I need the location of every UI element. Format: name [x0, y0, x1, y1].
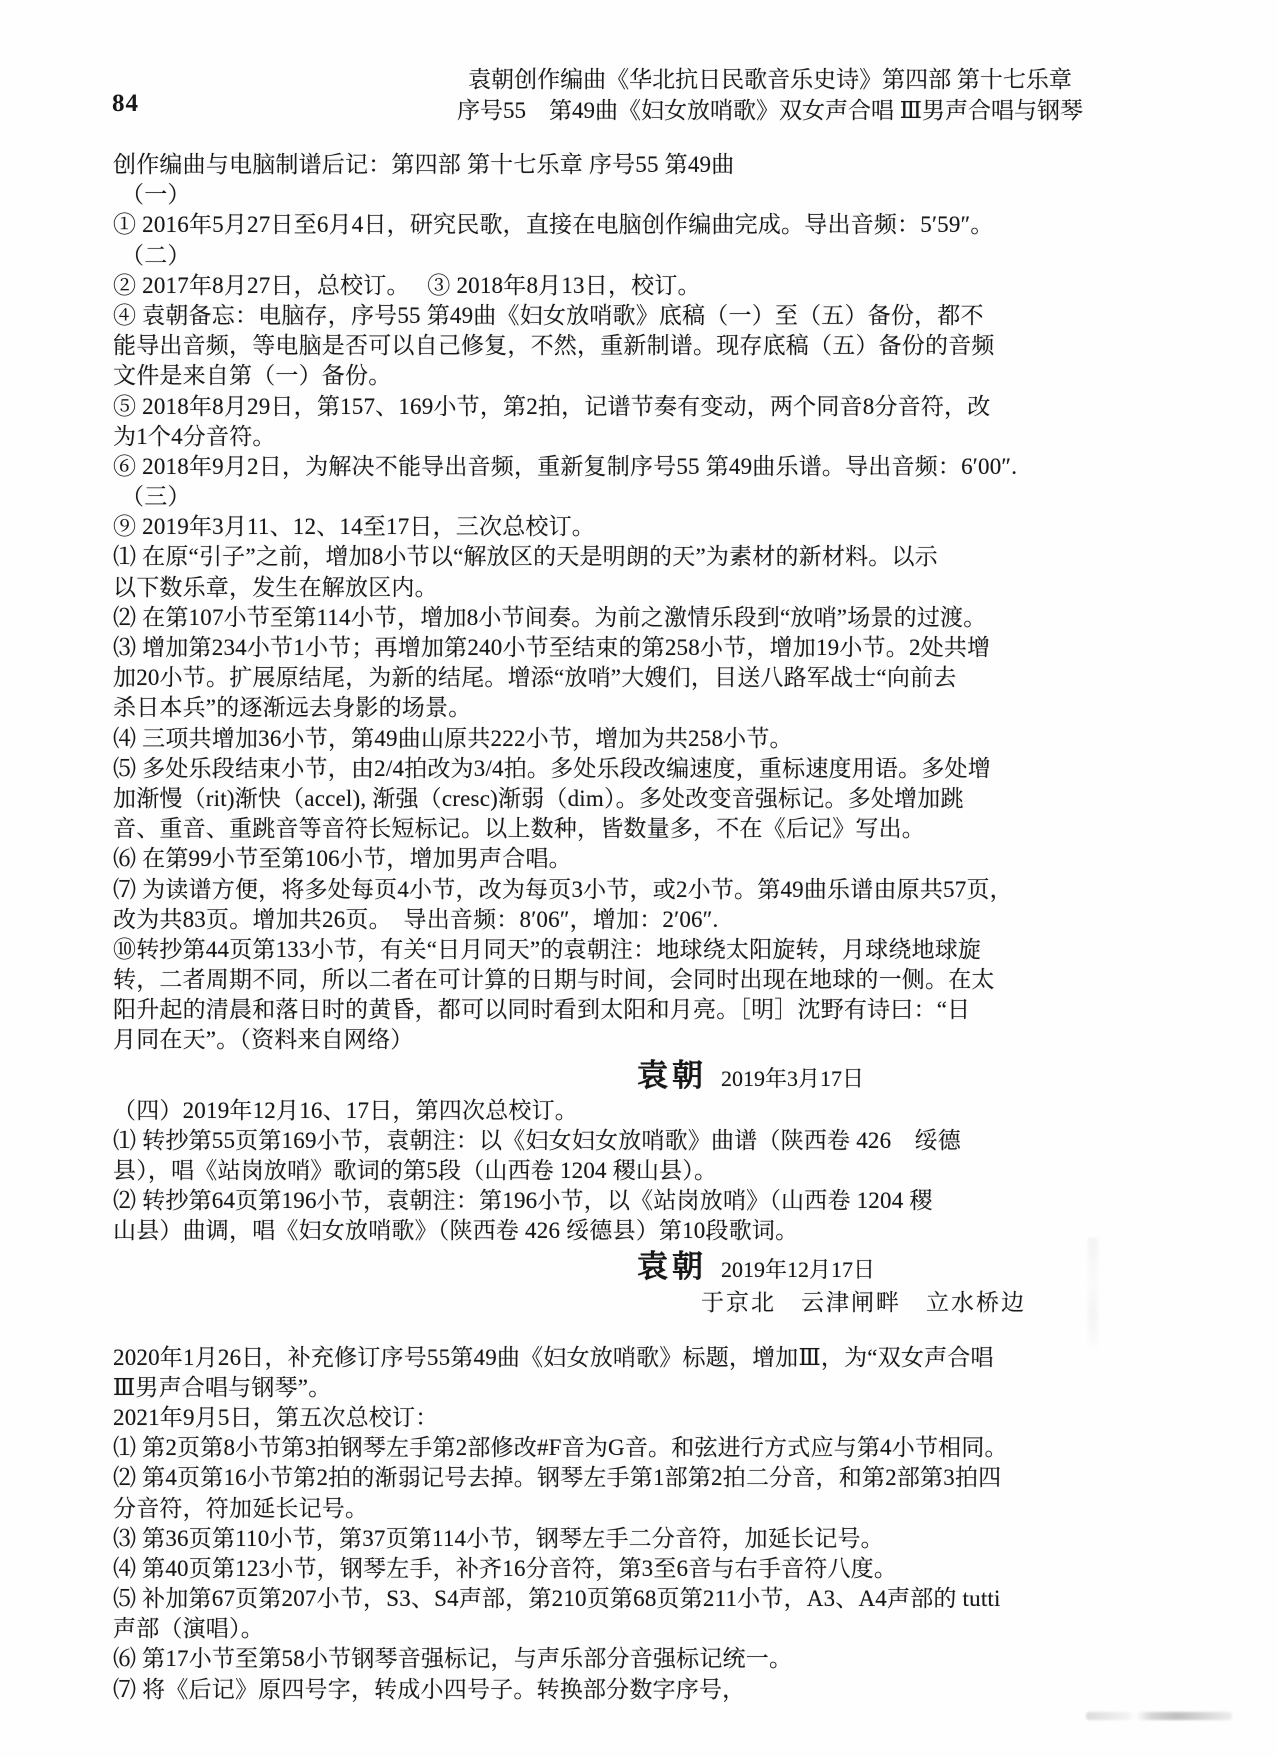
text-line: ⑤ 2018年8月29日，第157、169小节，第2拍，记谱节奏有变动，两个同音…: [113, 392, 1183, 422]
text-line: ⑴ 第2页第8小节第3拍钢琴左手第2部修改#F音为G音。和弦进行方式应与第4小节…: [113, 1433, 1183, 1463]
text-line: 创作编曲与电脑制谱后记：第四部 第十七乐章 序号55 第49曲: [113, 150, 1183, 180]
document-header: 袁朝创作编曲《华北抗日民歌音乐史诗》第四部 第十七乐章 序号55 第49曲《妇女…: [262, 64, 1278, 126]
signature: 袁朝2019年12月17日: [113, 1247, 1183, 1287]
text-line: 文件是来自第（一）备份。: [113, 361, 1183, 391]
document-page: 84 袁朝创作编曲《华北抗日民歌音乐史诗》第四部 第十七乐章 序号55 第49曲…: [0, 0, 1278, 1757]
header-title-line1: 袁朝创作编曲《华北抗日民歌音乐史诗》第四部 第十七乐章: [262, 64, 1278, 95]
text-line: 山县）曲调，唱《妇女放哨歌》（陕西卷 426 绥德县）第10段歌词。: [113, 1216, 1183, 1246]
text-line: ⑹ 第17小节至第58小节钢琴音强标记，与声乐部分音强标记统一。: [113, 1644, 1183, 1674]
text-line: ⑴ 转抄第55页第169小节，袁朝注：以《妇女妇女放哨歌》曲谱（陕西卷 426 …: [113, 1126, 1183, 1156]
text-line: ⑩转抄第44页第133小节，有关“日月同天”的袁朝注：地球绕太阳旋转，月球绕地球…: [113, 935, 1183, 965]
text-line: 能导出音频，等电脑是否可以自己修复，不然，重新制谱。现存底稿（五）备份的音频: [113, 331, 1183, 361]
text-line: ⑵ 在第107小节至第114小节，增加8小节间奏。为前之激情乐段到“放哨”场景的…: [113, 603, 1183, 633]
text-line: 加20小节。扩展原结尾，为新的结尾。增添“放哨”大嫂们，目送八路军战士“向前去: [113, 663, 1183, 693]
text-line: ⑷ 第40页第123小节，钢琴左手，补齐16分音符，第3至6音与右手音符八度。: [113, 1554, 1183, 1584]
text-line: ⑵ 第4页第16小节第2拍的渐弱记号去掉。钢琴左手第1部第2拍二分音，和第2部第…: [113, 1463, 1183, 1493]
text-line: 阳升起的清晨和落日时的黄昏，都可以同时看到太阳和月亮。［明］沈野有诗曰：“日: [113, 995, 1183, 1025]
page-number: 84: [112, 90, 139, 118]
signature-date: 2019年3月17日: [707, 1066, 864, 1091]
text-line: 杀日本兵”的逐渐远去身影的场景。: [113, 693, 1183, 723]
scan-margin-smudge: [1088, 1238, 1098, 1348]
text-line: 声部（演唱）。: [113, 1614, 1183, 1644]
text-line: ⑴ 在原“引子”之前，增加8小节以“解放区的天是明朗的天”为素材的新材料。以示: [113, 542, 1183, 572]
signature-name: 袁朝: [637, 1058, 707, 1093]
signature-place: 于京北 云津闸畔 立水桥边: [113, 1287, 1183, 1319]
text-line: ⑶ 增加第234小节1小节；再增加第240小节至结束的第258小节，增加19小节…: [113, 633, 1183, 663]
text-line: ⑶ 第36页第110小节，第37页第114小节，钢琴左手二分音符，加延长记号。: [113, 1524, 1183, 1554]
text-line: ⑥ 2018年9月2日，为解决不能导出音频，重新复制序号55 第49曲乐谱。导出…: [113, 452, 1183, 482]
text-line: Ⅲ男声合唱与钢琴”。: [113, 1373, 1183, 1403]
text-line: ② 2017年8月27日，总校订。 ③ 2018年8月13日，校订。: [113, 271, 1183, 301]
text-line: 2021年9月5日，第五次总校订：: [113, 1403, 1183, 1433]
text-line: 改为共83页。增加共26页。 导出音频：8′06″，增加：2′06″.: [113, 905, 1183, 935]
text-line: ⑺ 为读谱方便，将多处每页4小节，改为每页3小节，或2小节。第49曲乐谱由原共5…: [113, 875, 1183, 905]
text-line: 音、重音、重跳音等音符长短标记。以上数种，皆数量多，不在《后记》写出。: [113, 814, 1183, 844]
text-line: 为1个4分音符。: [113, 422, 1183, 452]
header-title-line2: 序号55 第49曲《妇女放哨歌》双女声合唱 Ⅲ男声合唱与钢琴: [262, 95, 1278, 126]
text-line: （三）: [113, 482, 1183, 512]
text-line: 加渐慢（rit)渐快（accel), 渐强（cresc)渐弱（dim）。多处改变…: [113, 784, 1183, 814]
text-line: ⑸ 多处乐段结束小节，由2/4拍改为3/4拍。多处乐段改编速度，重标速度用语。多…: [113, 754, 1183, 784]
text-line: 县），唱《站岗放哨》歌词的第5段（山西卷 1204 稷山县）。: [113, 1156, 1183, 1186]
text-line: ① 2016年5月27日至6月4日，研究民歌，直接在电脑创作编曲完成。导出音频：…: [113, 210, 1183, 240]
text-line: ⑵ 转抄第64页第196小节，袁朝注：第196小节，以《站岗放哨》（山西卷 12…: [113, 1186, 1183, 1216]
text-line: ⑷ 三项共增加36小节，第49曲山原共222小节，增加为共258小节。: [113, 724, 1183, 754]
text-line: （一）: [113, 180, 1183, 210]
text-line: （二）: [113, 241, 1183, 271]
text-line: 月同在天”。（资料来自网络）: [113, 1025, 1183, 1055]
document-body: 创作编曲与电脑制谱后记：第四部 第十七乐章 序号55 第49曲（一）① 2016…: [113, 150, 1183, 1705]
watermark-smudge: [1086, 1712, 1232, 1720]
signature: 袁朝2019年3月17日: [113, 1056, 1183, 1096]
signature-date: 2019年12月17日: [707, 1257, 875, 1282]
text-line: （四）2019年12月16、17日，第四次总校订。: [113, 1096, 1183, 1126]
text-line: 以下数乐章，发生在解放区内。: [113, 573, 1183, 603]
text-line: ⑨ 2019年3月11、12、14至17日，三次总校订。: [113, 512, 1183, 542]
blank-line: [113, 1319, 1183, 1343]
text-line: ⑸ 补加第67页第207小节，S3、S4声部，第210页第68页第211小节，A…: [113, 1584, 1183, 1614]
text-line: 分音符，符加延长记号。: [113, 1494, 1183, 1524]
text-line: 转，二者周期不同，所以二者在可计算的日期与时间，会同时出现在地球的一侧。在太: [113, 965, 1183, 995]
text-line: ④ 袁朝备忘：电脑存，序号55 第49曲《妇女放哨歌》底稿（一）至（五）备份，都…: [113, 301, 1183, 331]
signature-name: 袁朝: [637, 1249, 707, 1284]
text-line: ⑹ 在第99小节至第106小节，增加男声合唱。: [113, 844, 1183, 874]
text-line: 2020年1月26日，补充修订序号55第49曲《妇女放哨歌》标题，增加Ⅲ，为“双…: [113, 1343, 1183, 1373]
text-line: ⑺ 将《后记》原四号字，转成小四号子。转换部分数字序号，: [113, 1675, 1183, 1705]
